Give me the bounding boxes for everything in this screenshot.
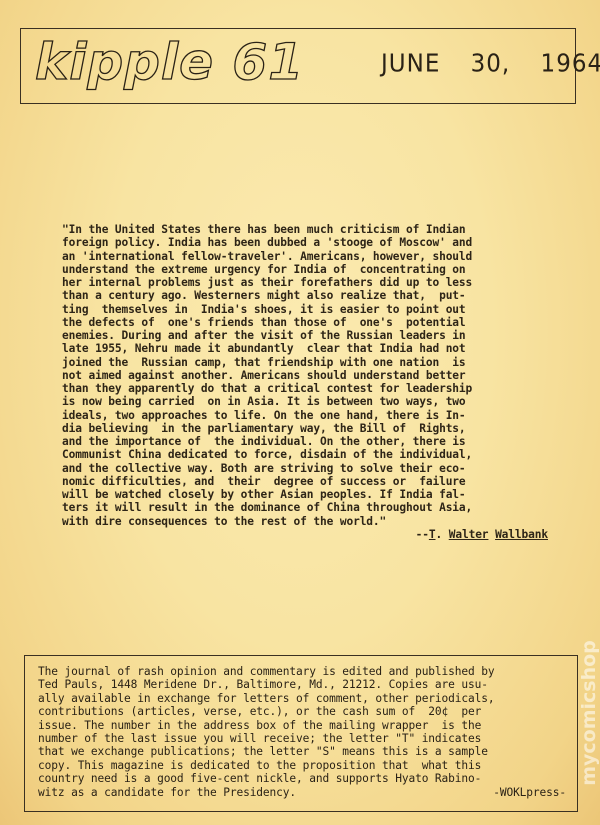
quote-line: ters it will result in the dominance of … [62,501,552,514]
quote-line: Communist China dedicated to force, disd… [62,448,552,461]
colophon-text: The journal of rash opinion and commenta… [38,665,568,799]
quote-line: joined the Russian camp, that friendship… [62,356,552,369]
quote-line: foreign policy. India has been dubbed a … [62,236,552,249]
issue-date: JUNE 30, 1964 [381,50,600,79]
quote-line: dia believing in the parliamentary way, … [62,422,552,435]
attribution-last-name: Wallbank [495,528,548,541]
quote-line: nomic difficulties, and their degree of … [62,475,552,488]
watermark: mycomicshop [578,600,600,825]
watermark-text: mycomicshop [578,640,600,786]
quote-line: understand the extreme urgency for India… [62,263,552,276]
quote-line: ideals, two approaches to life. On the o… [62,409,552,422]
quote-line: an 'international fellow-traveler'. Amer… [62,250,552,263]
quote-line: late 1955, Nehru made it abundantly clea… [62,342,552,355]
quote-line: the defects of one's friends than those … [62,316,552,329]
quote-line: "In the United States there has been muc… [62,223,552,236]
quote-line: than a century ago. Westerners might als… [62,289,552,302]
colophon-line: witz as a candidate for the Presidency.-… [38,786,568,799]
attribution-initial: T [429,528,436,541]
quote-line: with dire consequences to the rest of th… [62,515,552,528]
quote-line: her internal problems just as their fore… [62,276,552,289]
colophon-line: that we exchange publications; the lette… [38,745,568,758]
masthead-title: kipple 61 [35,33,304,91]
quote-line: and the collective way. Both are strivin… [62,462,552,475]
masthead-box: kipple 61 JUNE 30, 1964 [20,28,576,104]
quote-attribution: --T. Walter Wallbank [62,528,552,541]
publisher-imprint: -WOKLpress- [493,786,566,799]
attribution-separator: . [436,528,449,541]
quote-line: than they apparently do that a critical … [62,382,552,395]
colophon-line: issue. The number in the address box of … [38,719,568,732]
quote-line: and the importance of the individual. On… [62,435,552,448]
colophon-line: number of the last issue you will receiv… [38,732,568,745]
colophon-line: contributions (articles, verse, etc.), o… [38,705,568,718]
quote-line: will be watched closely by other Asian p… [62,488,552,501]
quote-line: is now being carried on in Asia. It is b… [62,395,552,408]
colophon-line: ally available in exchange for letters o… [38,692,568,705]
colophon-line: Ted Pauls, 1448 Meridene Dr., Baltimore,… [38,678,568,691]
quote-line: ting themselves in India's shoes, it is … [62,303,552,316]
quote-line: enemies. During and after the visit of t… [62,329,552,342]
attribution-dash: -- [416,528,429,541]
colophon-box: The journal of rash opinion and commenta… [24,655,578,812]
quote-line: not aimed against another. Americans sho… [62,369,552,382]
quote-block: "In the United States there has been muc… [62,223,552,541]
attribution-first-name: Walter [449,528,489,541]
colophon-line: country need is a good five-cent nickle,… [38,772,568,785]
colophon-line: The journal of rash opinion and commenta… [38,665,568,678]
colophon-line: copy. This magazine is dedicated to the … [38,759,568,772]
colophon-closing: witz as a candidate for the Presidency. [38,786,296,799]
